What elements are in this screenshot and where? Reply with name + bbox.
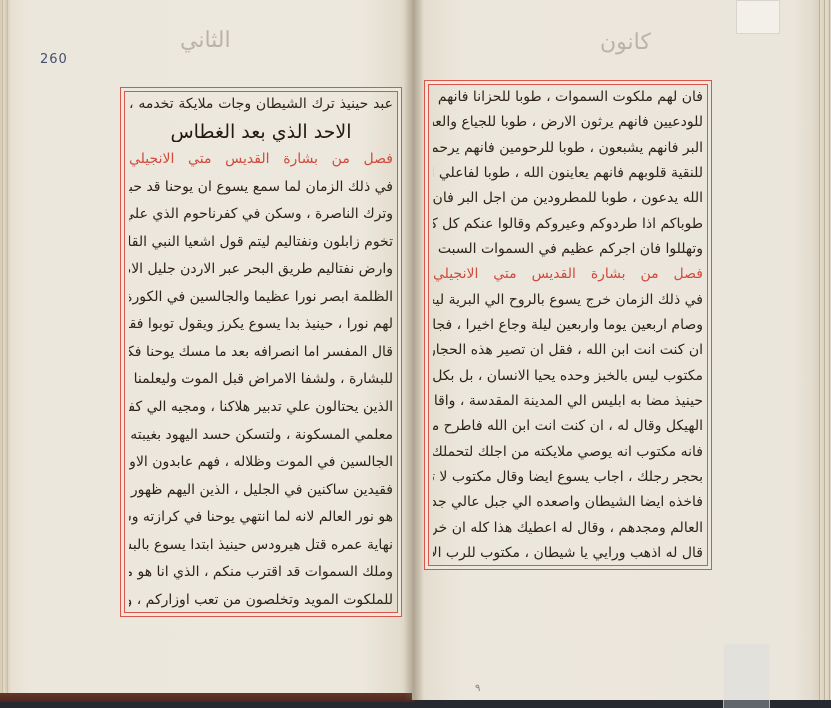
paper-tab-marker (736, 0, 780, 34)
text-line: الذين يحتالون علي تدبير هلاكنا ، ومجيه ا… (129, 397, 393, 417)
text-line: الله يدعون ، طوبا للمطرودين من اجل البر … (433, 188, 703, 208)
text-line: وصام اربعين يوما واربعين ليلة وجاع اخيرا… (433, 315, 703, 335)
text-line: البر فانهم يشبعون ، طوبا للرحومين فانهم … (433, 138, 703, 158)
text-line: قال له اذهب ورايي يا شيطان ، مكتوب للرب … (433, 543, 703, 563)
right-page-edges (817, 0, 831, 700)
text-line: في ذلك الزمان خرج يسوع بالروح الي البرية… (433, 290, 703, 310)
text-line: فقيدين ساكنين في الجليل ، الذين اليهم ظه… (129, 480, 393, 500)
right-pencil-heading: كانون (600, 30, 651, 55)
text-line: هو نور العالم لانه لما انتهي يوحنا في كر… (129, 507, 393, 527)
gathering-mark: ٩ (475, 683, 480, 694)
text-line: نهاية عمره قتل هيرودس حينيذ ابتدا يسوع ب… (129, 535, 393, 555)
right-page: كانون فان لهم ملكوت السموات ، طوبا للحزا… (412, 0, 831, 700)
open-manuscript: 260 الثاني عبد حينيذ ترك الشيطان وجات مل… (0, 0, 831, 700)
text-line: الهيكل وقال له ، ان كنت انت ابن الله فاط… (433, 416, 703, 436)
left-text-lines: عبد حينيذ ترك الشيطان وجات ملايكة تخدمه … (129, 94, 393, 610)
text-line: لهم نورا ، حينيذ بدا يسوع يكرز ويقول توب… (129, 314, 393, 334)
text-line: في ذلك الزمان لما سمع يسوع ان يوحنا قد ح… (129, 177, 393, 197)
folio-number: 260 (40, 52, 68, 67)
text-line: فانه مكتوب انه يوصي ملايكته من اجلك لتحم… (433, 442, 703, 462)
text-line: بحجر رجلك ، اجاب يسوع ايضا وقال مكتوب لا… (433, 467, 703, 487)
text-line: قال المفسر اما انصرافه بعد ما مسك يوحنا … (129, 342, 393, 362)
text-line: عبد حينيذ ترك الشيطان وجات ملايكة تخدمه … (129, 94, 393, 114)
right-text-lines: فان لهم ملكوت السموات ، طوبا للحزانا فان… (433, 87, 703, 563)
text-line: طوباكم اذا طردوكم وعيروكم وقالوا عنكم كل… (433, 214, 703, 234)
clear-page-clip (723, 643, 770, 708)
book-gutter (404, 0, 424, 700)
left-page-edges (0, 0, 10, 693)
text-line: وترك الناصرة ، وسكن في كفرناحوم الذي علي… (129, 204, 393, 224)
text-line: العالم ومجدهم ، وقال له اعطيك هذا كله ان… (433, 518, 703, 538)
text-line: الجالسين في الموت وظلاله ، فهم عابدون ال… (129, 452, 393, 472)
text-line: حينيذ مضا به ابليس الي المدينة المقدسة ،… (433, 391, 703, 411)
section-title: الاحد الذي بعد الغطاس (129, 122, 393, 142)
text-line: الظلمة ابصر نورا عظيما والجالسين في الكو… (129, 287, 393, 307)
text-line: ان كنت انت ابن الله ، فقل ان تصير هذه ال… (433, 340, 703, 360)
left-page: 260 الثاني عبد حينيذ ترك الشيطان وجات مل… (0, 0, 412, 693)
text-line: للنقية قلوبهم فانهم يعاينون الله ، طوبا … (433, 163, 703, 183)
text-line: فاخذه ايضا الشيطان واصعده الي جبل عالي ج… (433, 492, 703, 512)
text-line: وتهللوا فان اجركم عظيم في السموات السبت … (433, 239, 703, 259)
right-text-frame: فان لهم ملكوت السموات ، طوبا للحزانا فان… (424, 80, 712, 570)
text-line: للملكوت المويد وتخلصون من تعب اوزاركم ، … (129, 590, 393, 610)
text-line: للودعيين فانهم يرثون الارض ، طوبا للجياع… (433, 112, 703, 132)
text-line: وارض نفتاليم طريق البحر عبر الاردن جليل … (129, 259, 393, 279)
text-line: تخوم زابلون ونفتاليم ليتم قول اشعيا النب… (129, 232, 393, 252)
left-pencil-heading: الثاني (180, 28, 231, 53)
rubric-line: فصل من بشارة القديس متي الانجيلي (433, 264, 703, 284)
rubric-line: فصل من بشارة القديس متي الانجيلي (129, 149, 393, 169)
text-line: مكتوب ليس بالخبز وحده يحيا الانسان ، بل … (433, 366, 703, 386)
text-line: للبشارة ، ولشفا الامراض قبل الموت وليعلم… (129, 369, 393, 389)
text-line: فان لهم ملكوت السموات ، طوبا للحزانا فان… (433, 87, 703, 107)
text-line: وملك السموات قد اقترب منكم ، الذي انا هو… (129, 562, 393, 582)
text-line: معلمي المسكونة ، ولتسكن حسد اليهود بغيبت… (129, 425, 393, 445)
left-text-frame: عبد حينيذ ترك الشيطان وجات ملايكة تخدمه … (120, 87, 402, 617)
